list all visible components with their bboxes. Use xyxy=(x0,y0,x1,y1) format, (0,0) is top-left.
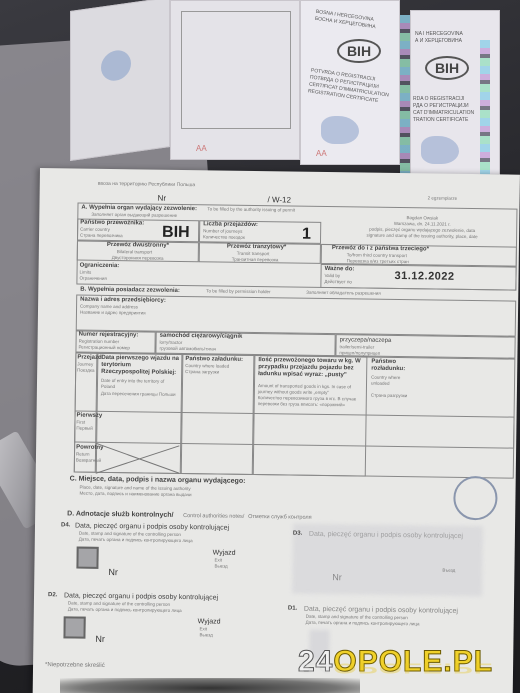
official-stamp xyxy=(453,476,498,521)
booklet-page-stamped xyxy=(70,0,170,161)
country-code-oval: BIH xyxy=(337,39,381,63)
permit-number-label: Nr xyxy=(158,194,167,203)
watermark-reflection: 24OPOLE.PL xyxy=(298,660,493,676)
footnote: *Niepotrzebne skreślić xyxy=(45,662,105,669)
series-label: AA xyxy=(196,144,207,153)
carrier-country-value: BIH xyxy=(162,224,190,242)
permit-number-suffix: / W-12 xyxy=(268,195,292,204)
registration-booklet: AA BOSNA I HERCEGOVINAБОСНА И ХЕРЦЕГОВИН… xyxy=(70,0,500,178)
hologram-strip xyxy=(400,15,410,175)
booklet-cover: BOSNA I HERCEGOVINAБОСНА И ХЕРЦЕГОВИНА B… xyxy=(300,0,400,165)
shadow xyxy=(60,678,360,693)
hologram-strip-2 xyxy=(480,40,490,175)
permit-form-sheet: ввоза на территорию Республики Польша Nr… xyxy=(33,168,520,693)
qr-code xyxy=(76,547,98,569)
row-first: Pierwszy xyxy=(77,413,103,419)
journeys-value: 1 xyxy=(302,226,311,244)
booklet-page-list: AA xyxy=(170,0,300,160)
valid-until-value: 31.12.2022 xyxy=(394,270,454,283)
country-code-oval-copy: BIH xyxy=(425,56,469,80)
row-return: Powrotny xyxy=(76,445,103,451)
qr-code xyxy=(63,616,85,638)
